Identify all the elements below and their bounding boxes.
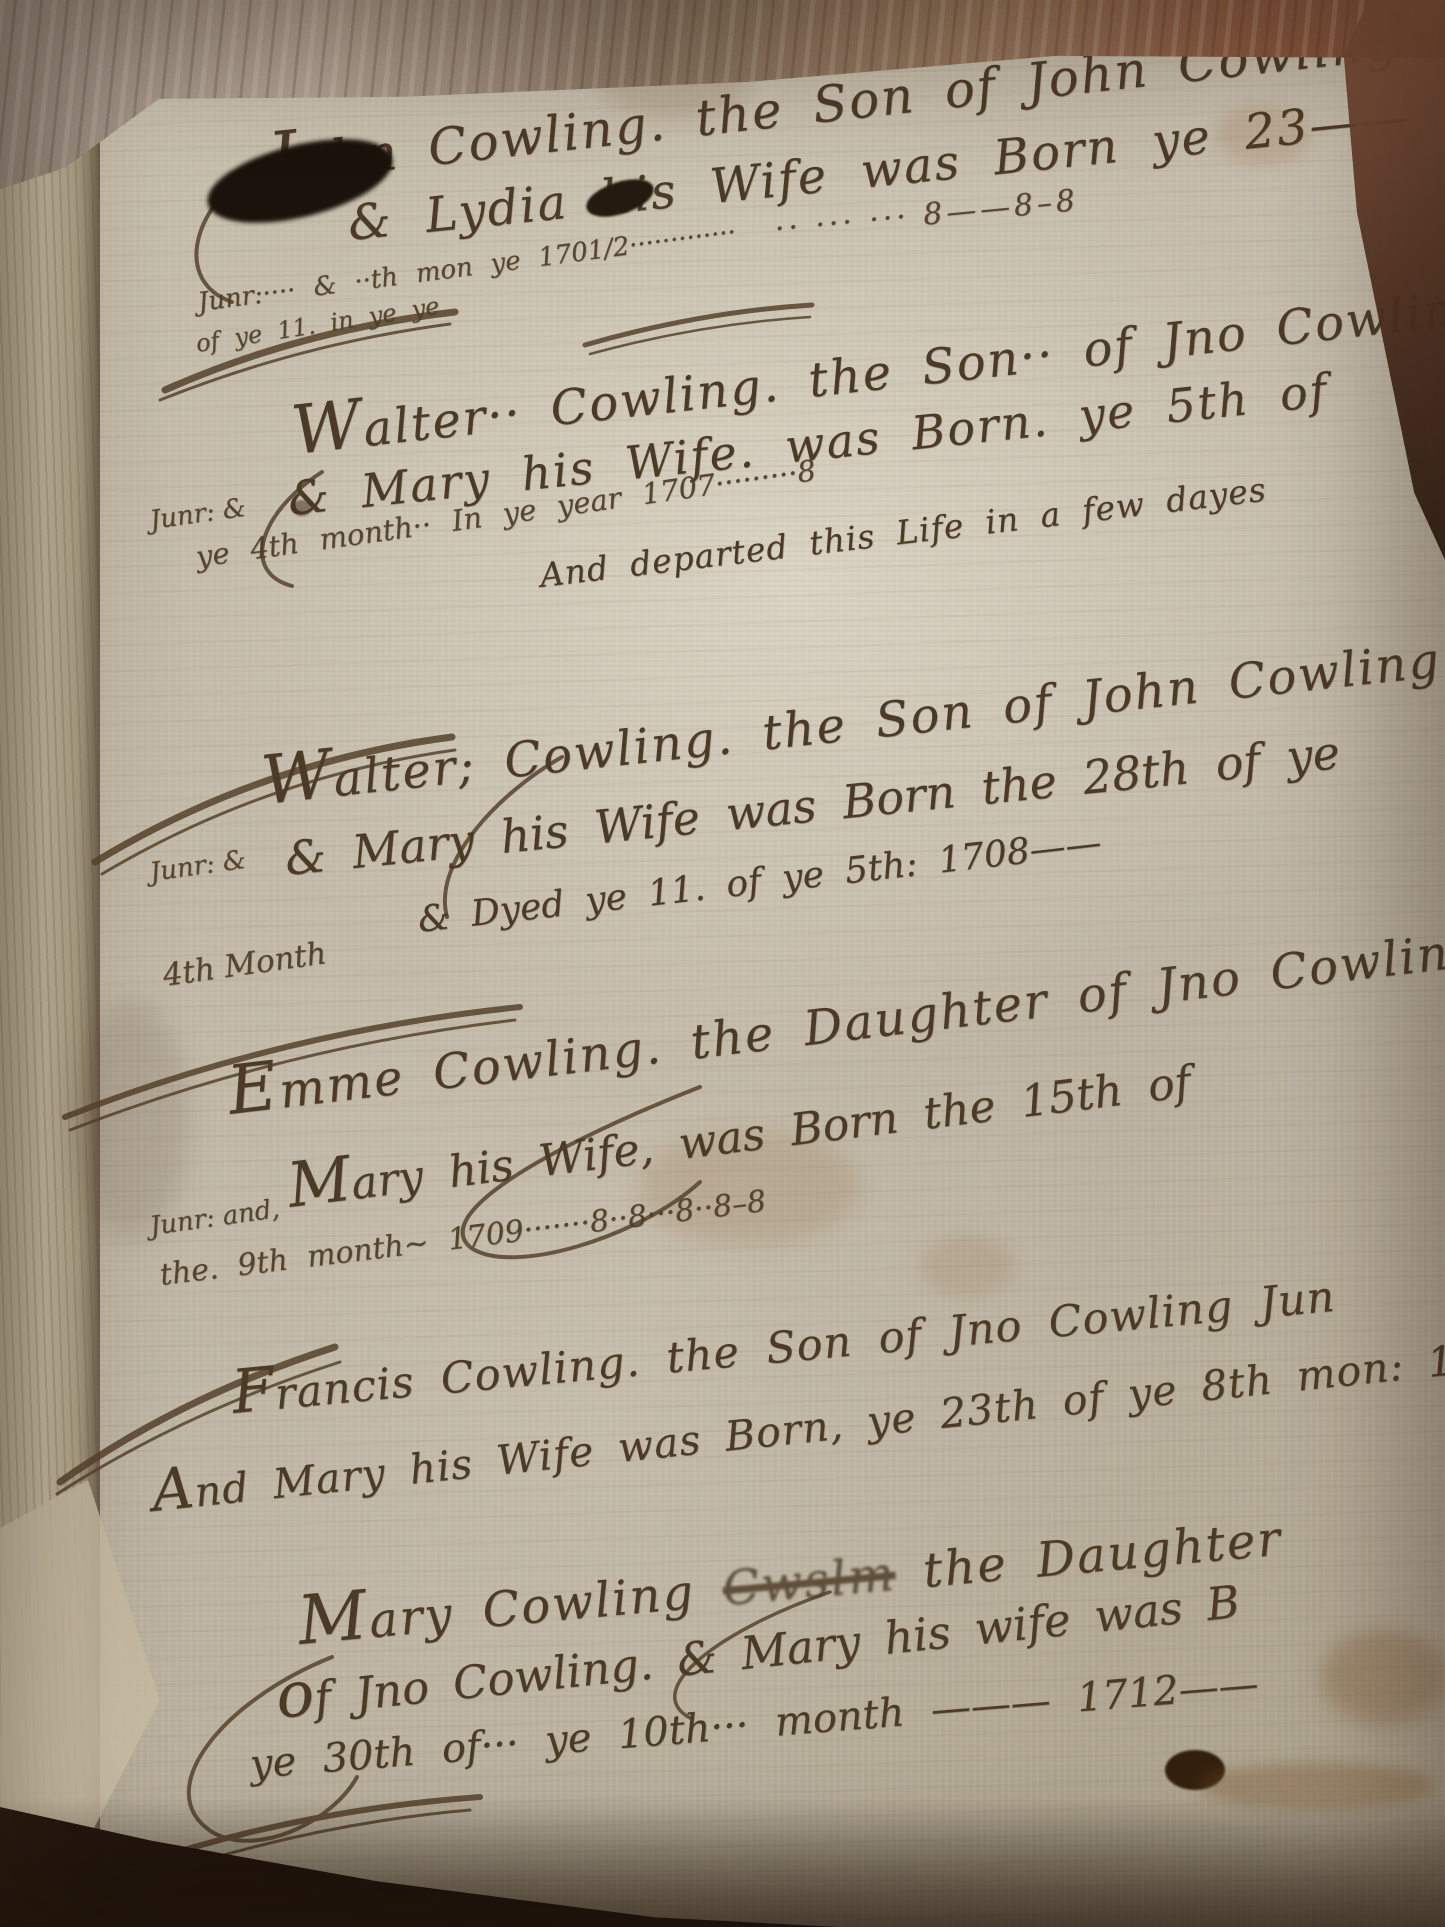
bottom-edge-shadow — [0, 1797, 1445, 1927]
manuscript-photo: John Cowling. the Son of John Cowling & … — [0, 0, 1445, 1927]
ink-spot — [292, 500, 312, 516]
